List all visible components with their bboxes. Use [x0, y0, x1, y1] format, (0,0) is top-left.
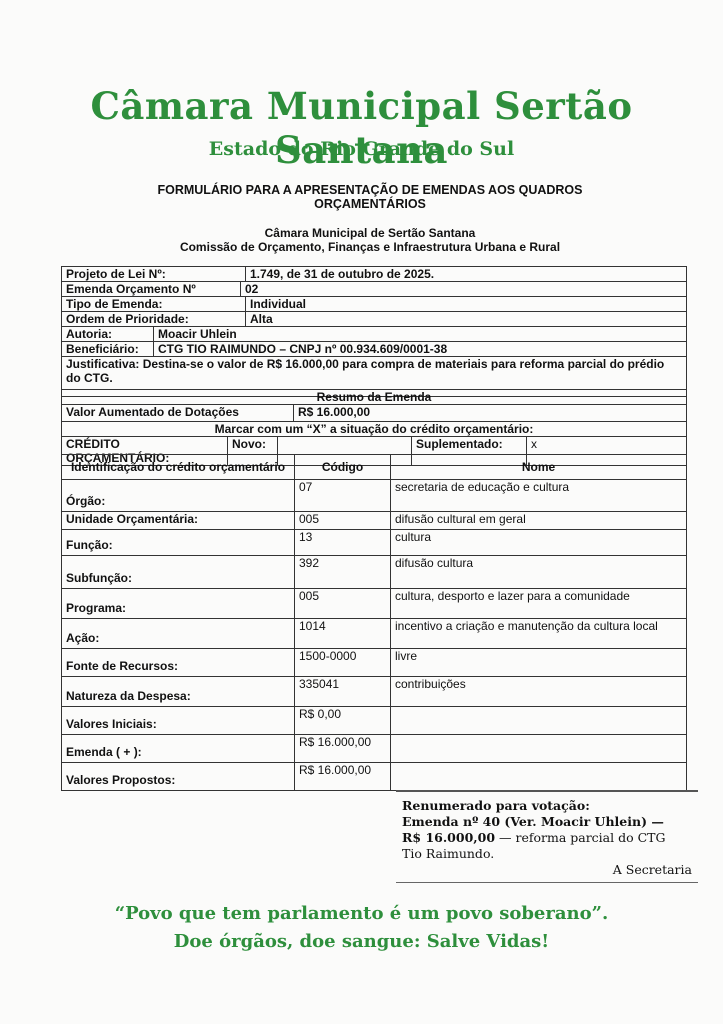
- beneficiario-label: Beneficiário:: [62, 342, 154, 357]
- table-row: Subfunção:392difusão cultura: [62, 556, 687, 589]
- projeto-value: 1.749, de 31 de outubro de 2025.: [246, 267, 687, 282]
- row-nome: cultura: [391, 530, 687, 556]
- footer-motto: “Povo que tem parlamento é um povo sober…: [0, 900, 723, 956]
- table-row: Unidade Orçamentária:005difusão cultural…: [62, 512, 687, 530]
- state-subtitle: Estado do Rio Grande do Sul: [0, 138, 723, 160]
- header-identificacao: Identificação do crédito orçamentário: [62, 455, 295, 480]
- row-label: Valores Propostos:: [62, 763, 295, 791]
- row-codigo: 07: [295, 480, 391, 512]
- amendment-info-table: Projeto de Lei Nº:1.749, de 31 de outubr…: [61, 266, 687, 397]
- row-nome: [391, 763, 687, 791]
- row-codigo: 005: [295, 589, 391, 619]
- tipo-value: Individual: [246, 297, 687, 312]
- row-nome: incentivo a criação e manutenção da cult…: [391, 619, 687, 649]
- row-codigo: R$ 16.000,00: [295, 763, 391, 791]
- row-codigo: 005: [295, 512, 391, 530]
- autoria-value: Moacir Uhlein: [154, 327, 687, 342]
- emenda-label: Emenda Orçamento Nº: [62, 282, 241, 297]
- table-row: Valores Propostos:R$ 16.000,00: [62, 763, 687, 791]
- valor-label: Valor Aumentado de Dotações: [62, 405, 294, 422]
- header-nome: Nome: [391, 455, 687, 480]
- header-codigo: Código: [295, 455, 391, 480]
- ordem-label: Ordem de Prioridade:: [62, 312, 246, 327]
- table-row: Fonte de Recursos:1500-0000livre: [62, 649, 687, 677]
- organization-heading: Câmara Municipal de Sertão Santana Comis…: [130, 226, 610, 254]
- table-row: Órgão:07secretaria de educação e cultura: [62, 480, 687, 512]
- beneficiario-value: CTG TIO RAIMUNDO – CNPJ nº 00.934.609/00…: [154, 342, 687, 357]
- resumo-title: Resumo da Emenda: [62, 390, 687, 405]
- emenda-value: 02: [241, 282, 687, 297]
- row-nome: contribuições: [391, 677, 687, 707]
- row-nome: difusão cultura: [391, 556, 687, 589]
- credit-identification-table: Identificação do crédito orçamentário Có…: [61, 454, 687, 791]
- row-codigo: 335041: [295, 677, 391, 707]
- tipo-label: Tipo de Emenda:: [62, 297, 246, 312]
- table-row: Ação:1014incentivo a criação e manutençã…: [62, 619, 687, 649]
- row-codigo: 1014: [295, 619, 391, 649]
- row-nome: secretaria de educação e cultura: [391, 480, 687, 512]
- row-label: Valores Iniciais:: [62, 707, 295, 735]
- row-label: Natureza da Despesa:: [62, 677, 295, 707]
- secretaria-signature: A Secretaria: [402, 862, 692, 878]
- projeto-label: Projeto de Lei Nº:: [62, 267, 246, 282]
- table-row: Valores Iniciais:R$ 0,00: [62, 707, 687, 735]
- row-label: Emenda ( + ):: [62, 735, 295, 763]
- table-row: Emenda ( + ):R$ 16.000,00: [62, 735, 687, 763]
- row-codigo: 1500-0000: [295, 649, 391, 677]
- row-nome: livre: [391, 649, 687, 677]
- row-codigo: R$ 0,00: [295, 707, 391, 735]
- row-codigo: 392: [295, 556, 391, 589]
- table-row: Função:13cultura: [62, 530, 687, 556]
- row-codigo: 13: [295, 530, 391, 556]
- row-nome: cultura, desporto e lazer para a comunid…: [391, 589, 687, 619]
- row-label: Órgão:: [62, 480, 295, 512]
- row-nome: difusão cultural em geral: [391, 512, 687, 530]
- row-label: Ação:: [62, 619, 295, 649]
- row-label: Fonte de Recursos:: [62, 649, 295, 677]
- table-row: Programa:005cultura, desporto e lazer pa…: [62, 589, 687, 619]
- ordem-value: Alta: [246, 312, 687, 327]
- table-row: Natureza da Despesa:335041contribuições: [62, 677, 687, 707]
- renumbering-stamp: Renumerado para votação: Emenda nº 40 (V…: [396, 790, 698, 883]
- row-nome: [391, 735, 687, 763]
- autoria-label: Autoria:: [62, 327, 154, 342]
- row-label: Unidade Orçamentária:: [62, 512, 295, 530]
- row-label: Subfunção:: [62, 556, 295, 589]
- row-nome: [391, 707, 687, 735]
- row-label: Função:: [62, 530, 295, 556]
- valor-value: R$ 16.000,00: [294, 405, 687, 422]
- marcar-instruction: Marcar com um “X” a situação do crédito …: [62, 422, 687, 437]
- row-codigo: R$ 16.000,00: [295, 735, 391, 763]
- form-title: FORMULÁRIO PARA A APRESENTAÇÃO DE EMENDA…: [150, 183, 590, 211]
- row-label: Programa:: [62, 589, 295, 619]
